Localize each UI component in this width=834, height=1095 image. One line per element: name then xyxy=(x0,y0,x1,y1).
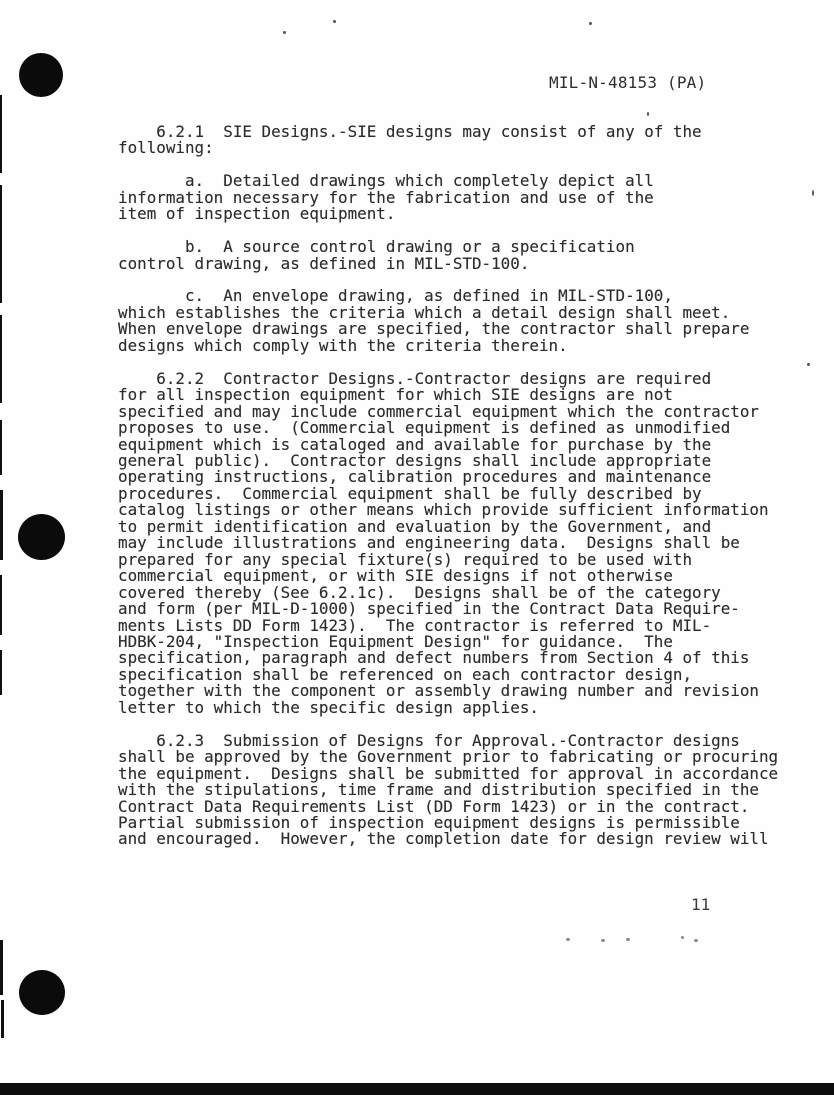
document-id-header: MIL-N-48153 (PA) xyxy=(549,73,706,92)
document-body: 6.2.1 SIE Designs.-SIE designs may consi… xyxy=(118,124,808,864)
hole-punch-middle xyxy=(18,514,65,560)
scan-edge-mark xyxy=(0,95,2,173)
scan-edge-mark xyxy=(0,650,2,695)
scan-edge-mark xyxy=(0,490,3,560)
paragraph-6-2-2: 6.2.2 Contractor Designs.-Contractor des… xyxy=(118,371,808,717)
scan-speck xyxy=(601,939,605,942)
paragraph-6-2-1: 6.2.1 SIE Designs.-SIE designs may consi… xyxy=(118,124,808,157)
scan-speck xyxy=(589,22,592,25)
scan-edge-mark xyxy=(0,185,2,303)
scan-edge-mark xyxy=(0,940,3,995)
scan-speck xyxy=(694,939,698,942)
scan-speck xyxy=(566,938,570,941)
scan-speck xyxy=(647,112,649,116)
scan-edge-mark xyxy=(0,575,2,635)
paragraph-6-2-1-item-b: b. A source control drawing or a specifi… xyxy=(118,239,808,272)
paragraph-6-2-3: 6.2.3 Submission of Designs for Approval… xyxy=(118,733,808,848)
scan-speck xyxy=(626,938,630,941)
scan-edge-mark xyxy=(0,420,2,475)
scan-edge-mark xyxy=(0,315,2,403)
scan-speck xyxy=(283,31,286,34)
document-page: MIL-N-48153 (PA) 6.2.1 SIE Designs.-SIE … xyxy=(0,0,834,1095)
scan-speck xyxy=(333,20,336,23)
paragraph-6-2-1-item-a: a. Detailed drawings which completely de… xyxy=(118,173,808,222)
hole-punch-bottom xyxy=(19,970,65,1015)
scan-bottom-bar xyxy=(0,1083,834,1095)
scan-edge-mark xyxy=(1,1000,4,1038)
scan-speck xyxy=(681,936,684,939)
paragraph-6-2-1-item-c: c. An envelope drawing, as defined in MI… xyxy=(118,288,808,354)
scan-speck xyxy=(812,190,814,196)
page-number: 11 xyxy=(691,895,710,914)
hole-punch-top xyxy=(19,53,63,97)
